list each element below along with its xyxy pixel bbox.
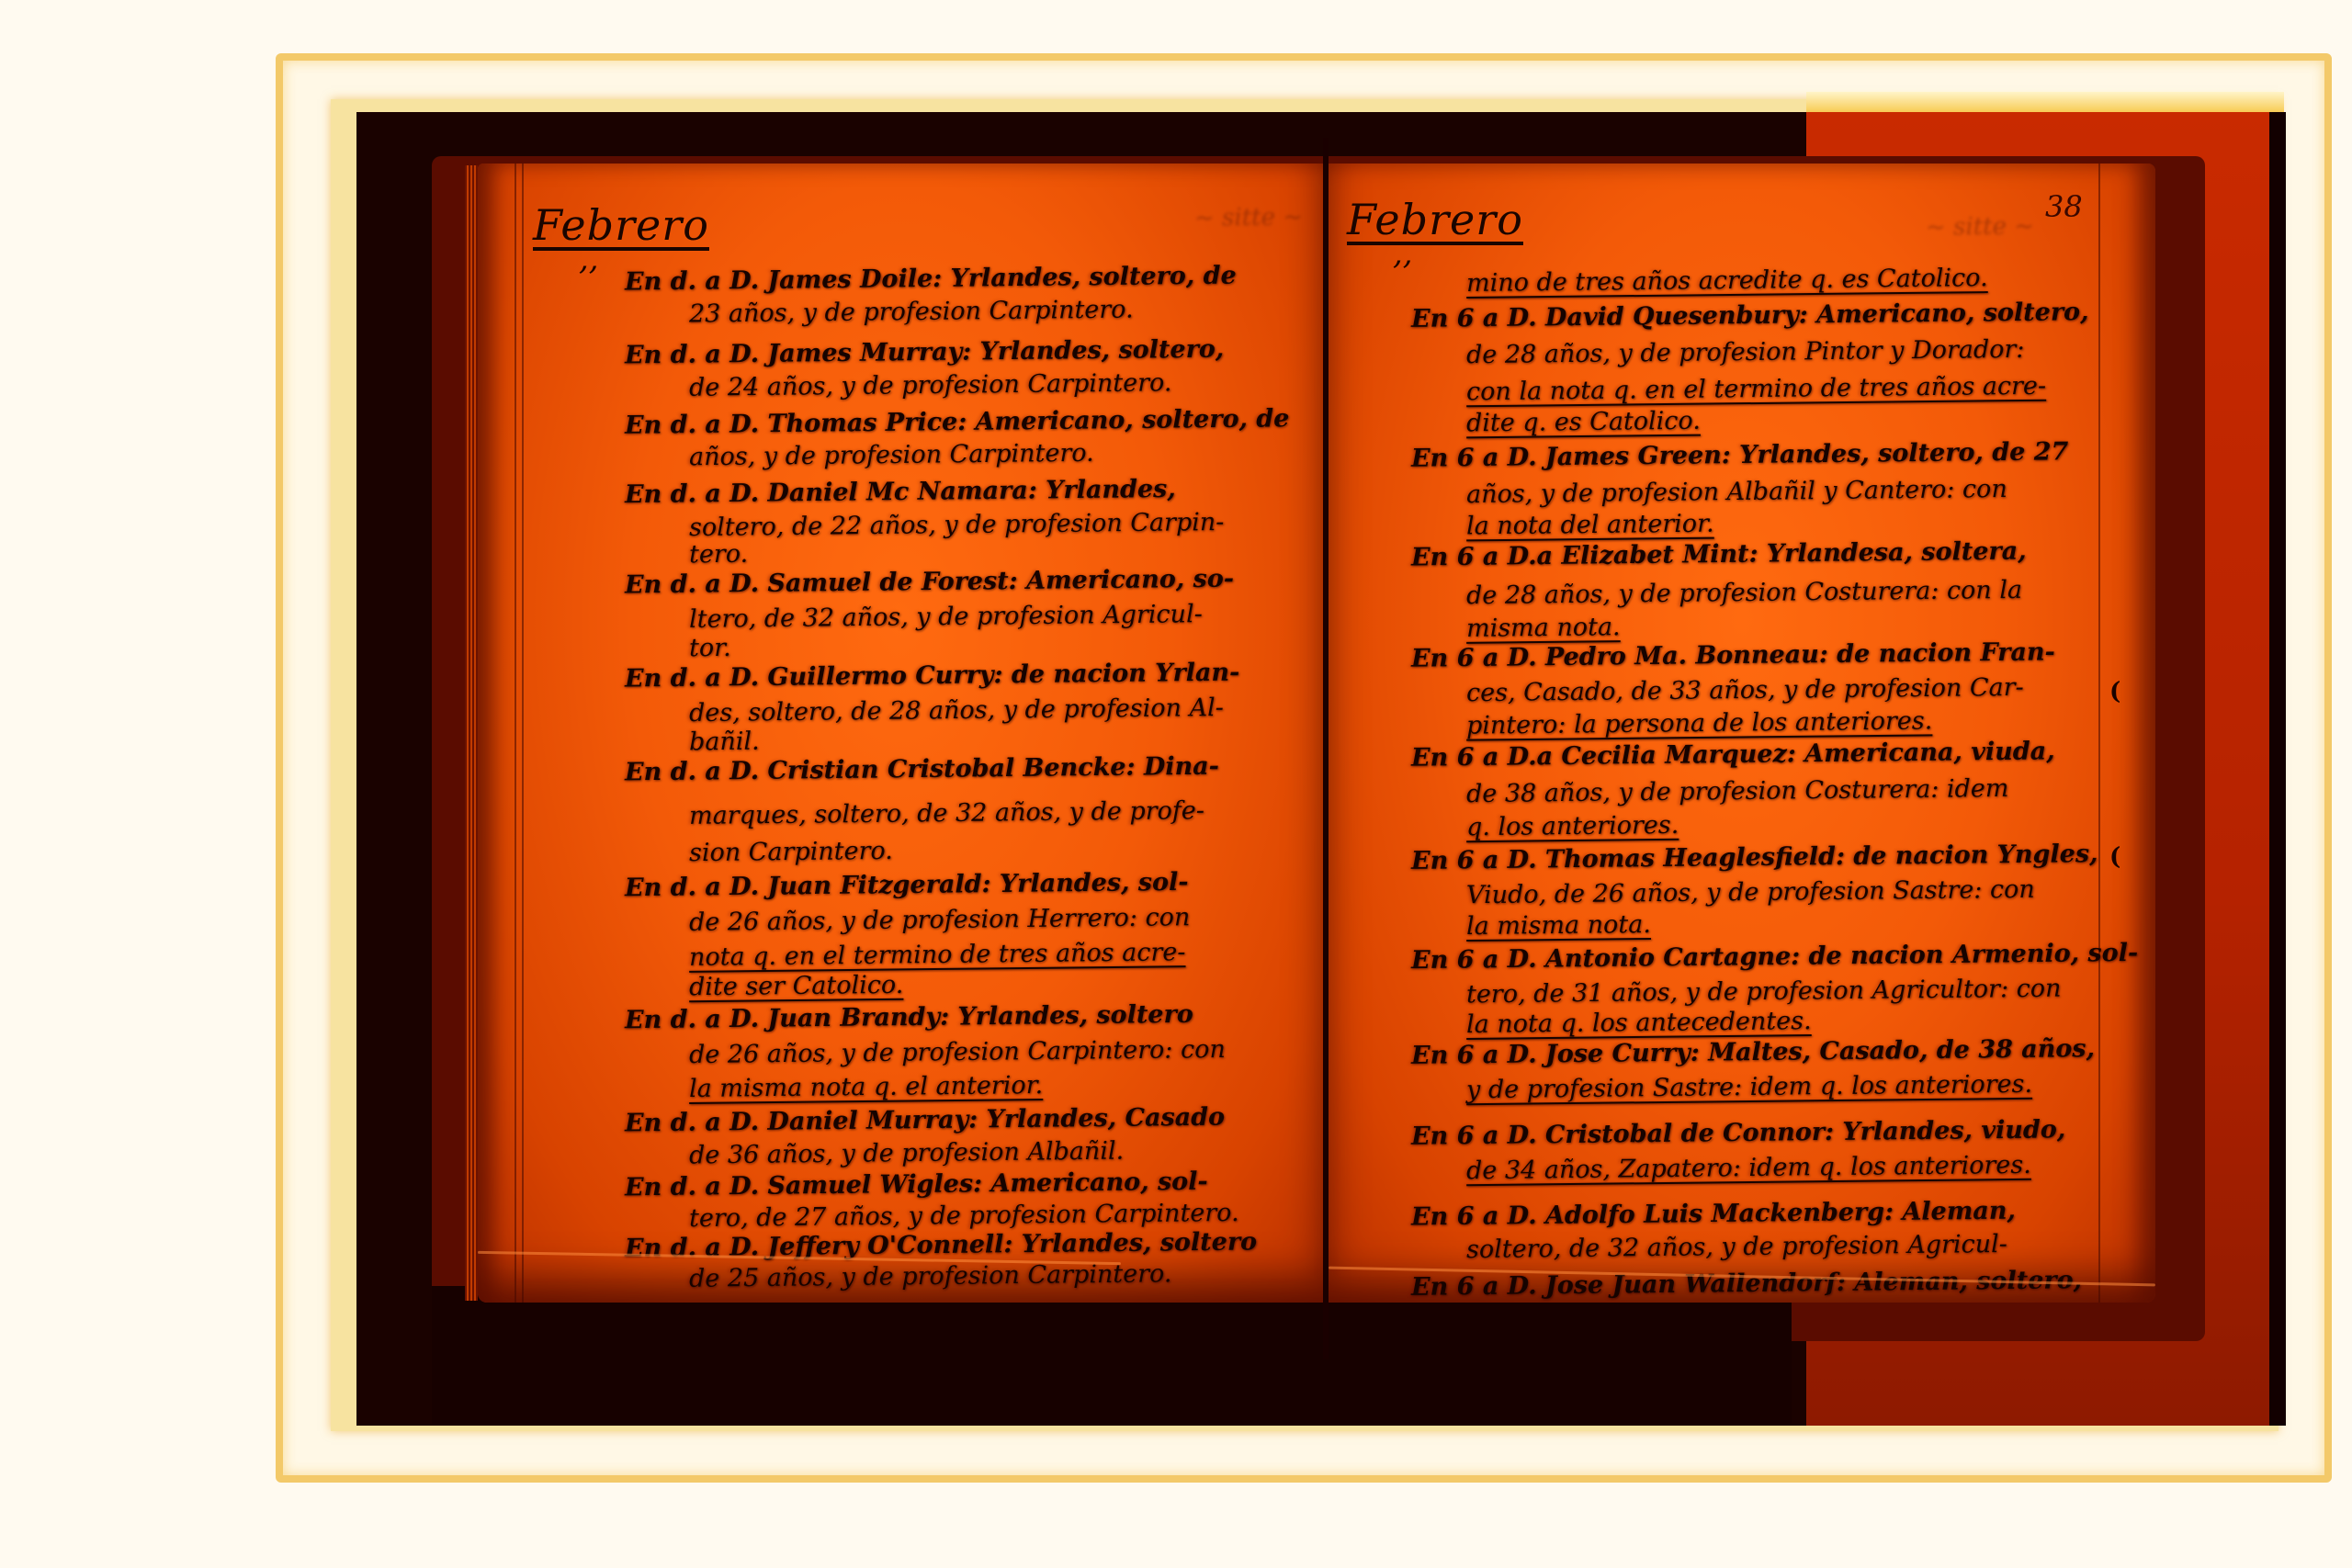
entry-line: En 6 a D. Adolfo Luis Mackenberg: Aleman… [1411,1197,2016,1232]
entry-line: de 34 años, Zapatero: idem q. los anteri… [1466,1151,2031,1185]
entry-line: dite ser Catolico. [689,971,904,1001]
entry-line: años, y de profesion Carpintero. [689,439,1094,472]
entry-line: q. los anteriores. [1466,811,1679,841]
entry-line: mino de tres años acredite q. es Catolic… [1466,264,1988,298]
entry-line: de 28 años, y de profesion Costurera: co… [1466,576,2022,610]
entry-line: misma nota. [1466,613,1621,643]
entry-line: la nota q. los antecedentes. [1466,1007,1812,1039]
entry-line: En d. a D. Juan Fitzgerald: Yrlandes, so… [625,868,1189,902]
entry-line: años, y de profesion Albañil y Cantero: … [1466,475,2007,509]
entry-line: En 6 a D. James Green: Yrlandes, soltero… [1411,437,2069,472]
entry-line: sion Carpintero. [689,837,893,867]
bleed-through-text: ~ sitte ~ [1194,203,1303,231]
entry-line: tero. [689,540,748,570]
entry-line: ltero, de 32 años, y de profesion Agricu… [689,600,1203,634]
entry-line: dite q. es Catolico. [1466,407,1701,438]
entry-line: la nota del anterior. [1466,510,1714,541]
left-page: Febrero ,, ~ sitte ~ En d. a D. James Do… [478,164,1323,1303]
entry-line: nota q. en el termino de tres años acre- [689,938,1186,972]
entry-line: 23 años, y de profesion Carpintero. [689,295,1134,328]
entry-line: de 38 años, y de profesion Costurera: id… [1466,774,2009,808]
entry-line: En d. a D. Samuel de Forest: Americano, … [625,565,1234,600]
margin-rule [522,164,524,1303]
month-heading: Febrero [533,200,709,250]
entry-line: marques, soltero, de 32 años, y de profe… [689,796,1204,830]
entry-line: En 6 a D. Antonio Cartagne: de nacion Ar… [1411,939,2138,975]
entry-line: ces, Casado, de 33 años, y de profesion … [1466,673,2024,707]
entry-line: En d. a D. James Doile: Yrlandes, solter… [625,262,1237,297]
entry-line: En 6 a D.a Elizabet Mint: Yrlandesa, sol… [1411,536,2027,571]
entry-line: En d. a D. Guillermo Curry: de nacion Yr… [625,658,1240,693]
entry-line: En d. a D. Juan Brandy: Yrlandes, solter… [625,1000,1193,1034]
entry-line: En 6 a D. Thomas Heaglesfield: de nacion… [1411,840,2098,875]
entry-line: tor. [689,634,731,662]
film-light-leak [1806,92,2284,114]
margin-annotation: ( [2109,678,2120,705]
entry-line: En d. a D. Daniel Murray: Yrlandes, Casa… [625,1103,1225,1138]
entry-line: de 24 años, y de profesion Carpintero. [689,368,1172,402]
entry-line: En 6 a D. David Quesenbury: Americano, s… [1411,298,2089,333]
film-right-edge [2269,112,2286,1426]
book-shadow [432,1286,1792,1424]
entry-line: Viudo, de 26 años, y de profesion Sastre… [1466,875,2035,909]
entry-line: soltero, de 22 años, y de profesion Carp… [689,508,1225,542]
entry-line: En 6 a D. Cristobal de Connor: Yrlandes,… [1411,1115,2066,1150]
right-page: Febrero ,, 38 ~ sitte ~ mino de tres año… [1329,164,2155,1303]
entry-line: En d. a D. James Murray: Yrlandes, solte… [625,335,1225,370]
folio-number: 38 [2045,189,2083,224]
entry-line: tero, de 31 años, y de profesion Agricul… [1466,975,2062,1010]
entry-line: y de profesion Sastre: idem q. los anter… [1466,1070,2032,1104]
entry-line: con la nota q. en el termino de tres año… [1466,372,2046,407]
entry-line: soltero, de 32 años, y de profesion Agri… [1466,1230,2007,1264]
entry-line: En 6 a D. Jose Curry: Maltes, Casado, de… [1411,1034,2095,1070]
bleed-through-text: ~ sitte ~ [1926,212,2034,241]
entry-line: En d. a D. Cristian Cristobal Bencke: Di… [625,752,1219,787]
entry-line: En 6 a D. Pedro Ma. Bonneau: de nacion F… [1411,637,2055,672]
margin-rule [514,164,516,1303]
entry-line: En d. a D. Samuel Wigles: Americano, sol… [625,1168,1208,1202]
entry-line: En 6 a D.a Cecilia Marquez: Americana, v… [1411,737,2055,772]
entry-line: des, soltero, de 28 años, y de profesion… [689,694,1224,728]
entry-line: de 36 años, y de profesion Albañil. [689,1137,1124,1170]
entry-line: En d. a D. Thomas Price: Americano, solt… [625,404,1290,440]
entry-line: la misma nota. [1466,910,1651,941]
page-edges [465,165,478,1301]
entry-line: de 28 años, y de profesion Pintor y Dora… [1466,335,2025,369]
entry-line: de 26 años, y de profesion Carpintero: c… [689,1035,1226,1069]
ditto-mark: ,, [579,241,599,277]
entry-line: pintero: la persona de los anteriores. [1466,706,1933,739]
month-heading: Febrero [1347,195,1523,244]
margin-rule [2098,164,2100,1303]
ditto-mark: ,, [1393,235,1413,272]
margin-annotation: ( [2109,843,2120,871]
entry-line: bañil. [689,728,760,757]
entry-line: la misma nota q. el anterior. [689,1071,1043,1103]
entry-line: En d. a D. Daniel Mc Namara: Yrlandes, [625,475,1176,509]
entry-line: de 26 años, y de profesion Herrero: con [689,903,1191,937]
